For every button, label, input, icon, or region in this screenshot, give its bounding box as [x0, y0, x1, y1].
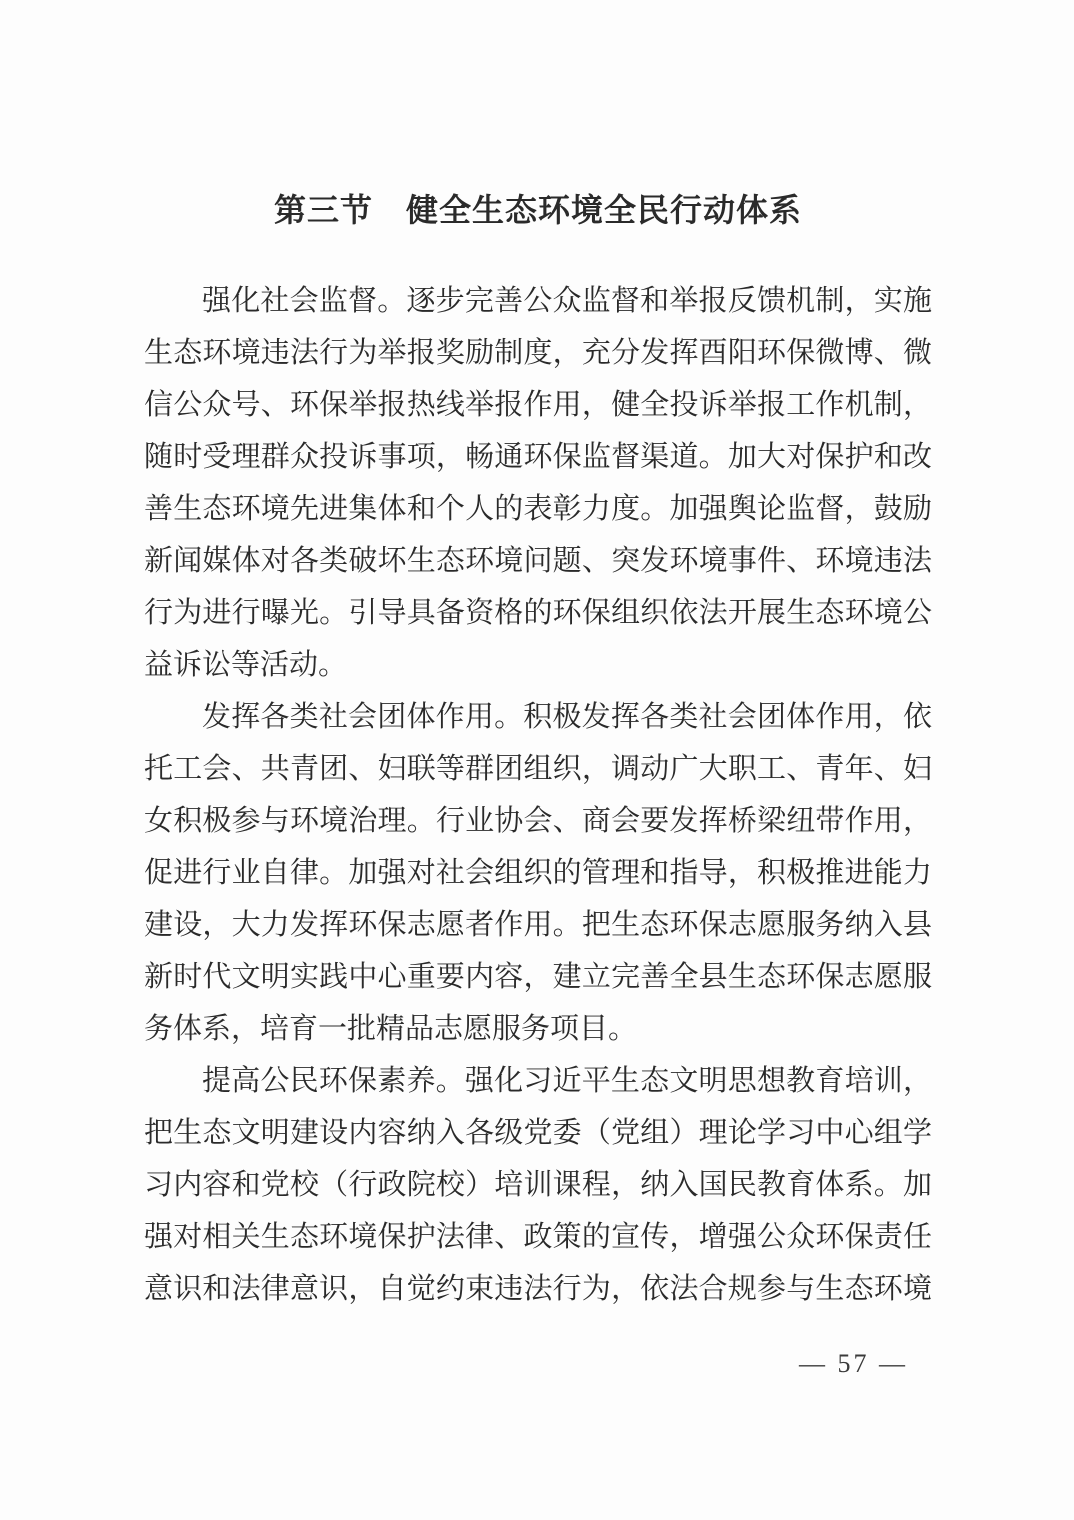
body-line: 建设，大力发挥环保志愿者作用。把生态环保志愿服务纳入县 — [144, 899, 932, 951]
body-line: 益诉讼等活动。 — [144, 639, 932, 691]
section-heading: 第三节 健全生态环境全民行动体系 — [144, 188, 932, 232]
body-line: 习内容和党校（行政院校）培训课程，纳入国民教育体系。加 — [144, 1159, 932, 1211]
body-line: 强对相关生态环境保护法律、政策的宣传，增强公众环保责任 — [144, 1211, 932, 1263]
body-line: 托工会、共青团、妇联等群团组织，调动广大职工、青年、妇 — [144, 743, 932, 795]
body-line: 善生态环境先进集体和个人的表彰力度。加强舆论监督，鼓励 — [144, 483, 932, 535]
body-line: 信公众号、环保举报热线举报作用，健全投诉举报工作机制， — [144, 379, 932, 431]
body-line: 务体系，培育一批精品志愿服务项目。 — [144, 1003, 932, 1055]
body-line: 新闻媒体对各类破坏生态环境问题、突发环境事件、环境违法 — [144, 535, 932, 587]
document-body: 强化社会监督。逐步完善公众监督和举报反馈机制，实施 生态环境违法行为举报奖励制度… — [144, 275, 932, 1315]
body-line: 随时受理群众投诉事项，畅通环保监督渠道。加大对保护和改 — [144, 431, 932, 483]
body-line: 提高公民环保素养。强化习近平生态文明思想教育培训， — [144, 1055, 932, 1107]
body-line: 强化社会监督。逐步完善公众监督和举报反馈机制，实施 — [144, 275, 932, 327]
body-line: 行为进行曝光。引导具备资格的环保组织依法开展生态环境公 — [144, 587, 932, 639]
document-page: 第三节 健全生态环境全民行动体系 强化社会监督。逐步完善公众监督和举报反馈机制，… — [0, 0, 1074, 1520]
body-line: 发挥各类社会团体作用。积极发挥各类社会团体作用，依 — [144, 691, 932, 743]
body-line: 意识和法律意识，自觉约束违法行为，依法合规参与生态环境 — [144, 1263, 932, 1315]
body-line: 生态环境违法行为举报奖励制度，充分发挥酉阳环保微博、微 — [144, 327, 932, 379]
page-number-footer: — 57 — — [799, 1346, 908, 1382]
body-line: 女积极参与环境治理。行业协会、商会要发挥桥梁纽带作用， — [144, 795, 932, 847]
body-line: 把生态文明建设内容纳入各级党委（党组）理论学习中心组学 — [144, 1107, 932, 1159]
body-line: 促进行业自律。加强对社会组织的管理和指导，积极推进能力 — [144, 847, 932, 899]
body-line: 新时代文明实践中心重要内容，建立完善全县生态环保志愿服 — [144, 951, 932, 1003]
